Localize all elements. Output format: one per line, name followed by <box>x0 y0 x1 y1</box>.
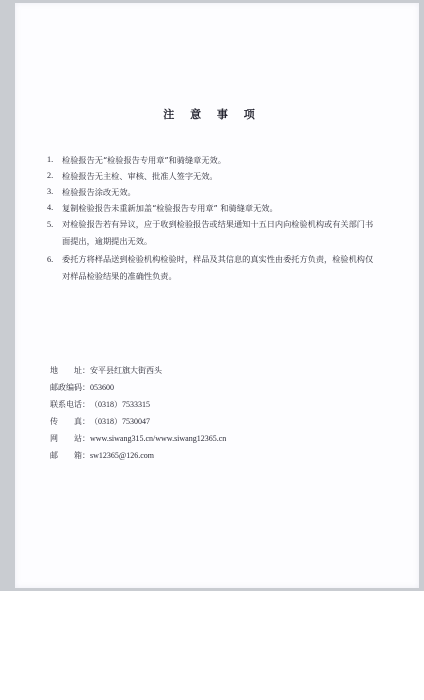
notice-number: 1. <box>47 152 53 168</box>
website-value: www.siwang315.cn/www.siwang12365.cn <box>90 434 226 443</box>
document-page <box>15 3 419 588</box>
notice-item: 3. 检验报告涂改无效。 <box>47 184 377 200</box>
contact-label: 联系电话： <box>50 396 90 413</box>
notice-item: 2. 检验报告无主检、审核、批准人签字无效。 <box>47 168 377 184</box>
label-part: 邮 <box>50 447 58 464</box>
notice-item: 5. 对检验报告若有异议，应于收到检验报告或结果通知十五日内向检验机构或有关部门… <box>47 216 377 250</box>
notice-item: 6. 委托方将样品送到检验机构检验时，样品及其信息的真实性由委托方负责，检验机构… <box>47 251 377 285</box>
email-value: sw12365@126.com <box>90 451 154 460</box>
label-part: 传 <box>50 413 58 430</box>
contact-label: 邮箱： <box>50 447 90 464</box>
contact-info: 地址：安平县红旗大街西头 邮政编码：053600 联系电话：（0318）7533… <box>50 362 226 464</box>
postcode-value: 053600 <box>90 383 114 392</box>
contact-email: 邮箱：sw12365@126.com <box>50 447 226 464</box>
notice-text: 复制检验报告未重新加盖“检验报告专用章” 和骑缝章无效。 <box>62 203 278 213</box>
fax-value: （0318）7530047 <box>90 417 150 426</box>
contact-label: 邮政编码： <box>50 379 90 396</box>
notice-text: 检验报告无“检验报告专用章”和骑缝章无效。 <box>62 155 226 165</box>
notice-number: 4. <box>47 200 53 216</box>
notice-number: 6. <box>47 251 53 268</box>
contact-address: 地址：安平县红旗大街西头 <box>50 362 226 379</box>
contact-postcode: 邮政编码：053600 <box>50 379 226 396</box>
notice-text: 委托方将样品送到检验机构检验时，样品及其信息的真实性由委托方负责，检验机构仅对样… <box>62 254 373 281</box>
contact-website: 网站：www.siwang315.cn/www.siwang12365.cn <box>50 430 226 447</box>
notice-number: 2. <box>47 168 53 184</box>
contact-fax: 传真：（0318）7530047 <box>50 413 226 430</box>
notice-number: 3. <box>47 184 53 200</box>
address-value: 安平县红旗大街西头 <box>90 366 162 375</box>
label-part: 箱： <box>74 447 90 464</box>
label-part: 址： <box>74 362 90 379</box>
phone-value: （0318）7533315 <box>90 400 150 409</box>
notice-number: 5. <box>47 216 53 233</box>
notice-item: 1. 检验报告无“检验报告专用章”和骑缝章无效。 <box>47 152 377 168</box>
label-part: 网 <box>50 430 58 447</box>
contact-label: 网站： <box>50 430 90 447</box>
contact-label: 地址： <box>50 362 90 379</box>
notice-item: 4. 复制检验报告未重新加盖“检验报告专用章” 和骑缝章无效。 <box>47 200 377 216</box>
notice-text: 检验报告无主检、审核、批准人签字无效。 <box>62 171 218 181</box>
notice-text: 检验报告涂改无效。 <box>62 187 136 197</box>
label-part: 站： <box>74 430 90 447</box>
page-title: 注 意 事 项 <box>0 106 424 122</box>
label-part: 地 <box>50 362 58 379</box>
contact-label: 传真： <box>50 413 90 430</box>
contact-phone: 联系电话：（0318）7533315 <box>50 396 226 413</box>
label-part: 真： <box>74 413 90 430</box>
notice-list: 1. 检验报告无“检验报告专用章”和骑缝章无效。 2. 检验报告无主检、审核、批… <box>47 152 377 285</box>
notice-text: 对检验报告若有异议，应于收到检验报告或结果通知十五日内向检验机构或有关部门书面提… <box>62 219 373 246</box>
